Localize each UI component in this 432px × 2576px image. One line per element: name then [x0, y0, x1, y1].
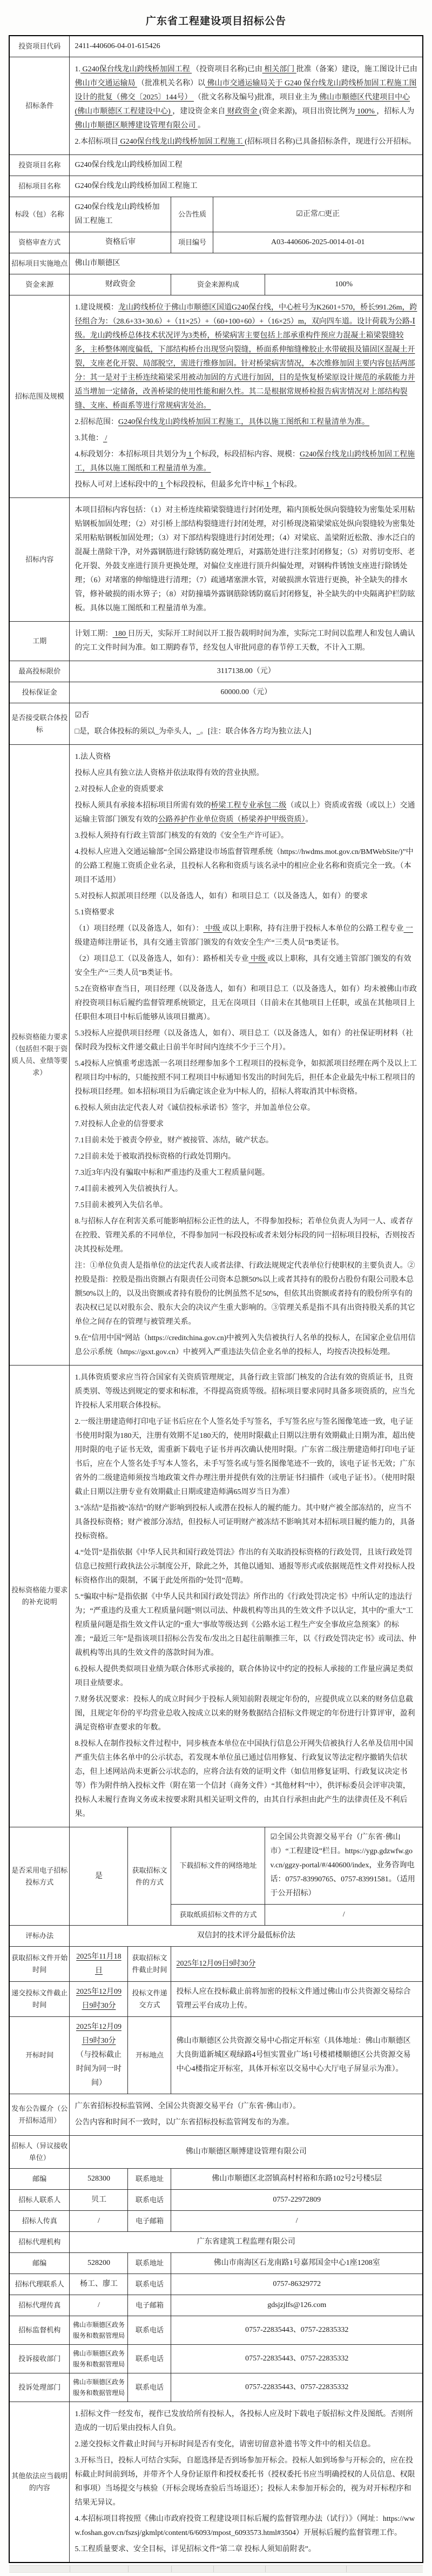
open-bid-place-label: 开标地点: [128, 2017, 171, 2094]
project-code-value: 2411-440606-04-01-615426: [70, 36, 423, 57]
document-page: 广东省工程建设项目招标公告 投资项目代码 2411-440606-04-01-6…: [0, 0, 432, 2576]
supervisor-label: 招标监督机构: [9, 2316, 70, 2345]
bid-conditions-value: 1. G240保台线龙山跨线桥加固工程 （投资项目名称)已由 相关部门 批准（备…: [70, 57, 423, 155]
project-number-value: A03-440606-2025-0014-01-01: [213, 232, 423, 253]
row-content: 招标内容 本项目招标内容包括：（1）对主桥连续箱梁裂缝进行封闭处理，箱内顶板处纵…: [9, 498, 423, 622]
agency-value: 广东省建筑工程监理有限公司: [70, 2232, 423, 2253]
download-address-label: 下载招标文件的网络地址: [171, 1827, 265, 1905]
row-open-bid: 开标时间 2025年12月09日9时30分（与投标截止时间为同一时间） 开标地点…: [9, 2017, 423, 2094]
location-value: 佛山市顺德区: [70, 253, 423, 274]
deposit-label: 投标保证金: [9, 682, 70, 703]
open-bid-date: 2025年12月09日9时30分: [76, 2023, 122, 2045]
deposit-value: 60000.00（元）: [70, 682, 423, 703]
tenderer-contact-value: 贝工: [70, 2190, 128, 2211]
qualification-notes-label: 投标资格能力要求的补充说明: [9, 1366, 70, 1827]
media-value: 广东省招标投标监管网、全国公共资源交易平台（广东省·佛山市）。公告内容和时间不一…: [70, 2094, 423, 2136]
submit-deadline-value: 2025年12月09日9时30分: [70, 1982, 128, 2017]
scan-artifact-strip: [9, 2565, 423, 2573]
qualification-requirements-value: 1.法人资格投标人应具有独立法人资格并依法取得有效的营业执照。2.对投标人企业的…: [70, 745, 423, 1366]
agency-address-value: 佛山市南海区石龙南路1号嘉邦国金中心1座1208室: [171, 2253, 423, 2274]
open-bid-note: （与投标截止时间为同一时间）: [75, 2048, 123, 2090]
tenderer-phone-value: 0757-22972809: [171, 2190, 423, 2211]
content-value: 本项目招标内容包括：（1）对主桥连续箱梁裂缝进行封闭处理，箱内顶板处纵向裂缝较为…: [70, 498, 423, 622]
row-section-name: 标段（包）名称 G240保台线龙山跨线桥加固工程施工 公告性质 ☑正常/□更正: [9, 197, 423, 232]
doc-end-label: 获取招标文件截止时间: [128, 1947, 171, 1982]
supervisor-value: 佛山市顺德区政务服务和数据管理局: [70, 2316, 128, 2345]
row-tenderer-fax: 招标人传真 / 电子邮箱 /: [9, 2211, 423, 2232]
complaint-handler-value: 佛山市顺德区政务服务和数据管理局: [70, 2373, 128, 2402]
open-bid-time-value: 2025年12月09日9时30分（与投标截止时间为同一时间）: [70, 2017, 128, 2094]
location-label: 招标项目实施地点: [9, 253, 70, 274]
tenderer-email-value: /: [171, 2211, 423, 2232]
tenderer-zip-value: 528300: [70, 2169, 128, 2190]
agency-zip-label: 邮编: [9, 2253, 70, 2274]
row-qualification-requirements: 投标资格能力要求（包括但不限于资质人员、业绩等要求） 1.法人资格投标人应具有独…: [9, 745, 423, 1366]
row-other: 其他依法应当载明的内容 1.招标文件一经发布，视作已发放给所有投标人，各投标人应…: [9, 2402, 423, 2563]
qualification-notes-value: 1.具体资质要求应当符合国家有关资质管理规定，具备行政主管部门核发的合法有效的资…: [70, 1366, 423, 1827]
page-title: 广东省工程建设项目招标公告: [0, 13, 432, 28]
complaint-handler-phone-label: 联系电话: [128, 2373, 171, 2402]
tenderer-email-label: 电子邮箱: [128, 2211, 171, 2232]
row-tender-name: 招标项目名称 G240保台线龙山跨线桥加固工程施工: [9, 176, 423, 197]
invest-name-label: 投资项目名称: [9, 155, 70, 176]
consortium-value: ☑否□是，联合体投标的须以_为牵头人，_。[注：联合体各方均为独立法人]: [70, 703, 423, 745]
notice-nature-value: ☑正常/□更正: [213, 197, 423, 232]
submit-method-label: 投标文件递交方式: [128, 1982, 171, 2017]
row-deposit: 投标保证金 60000.00（元）: [9, 682, 423, 703]
supervisor-phone-label: 联系电话: [128, 2316, 171, 2345]
section-name-label: 标段（包）名称: [9, 197, 70, 232]
agency-contact-label: 招标代理联系人: [9, 2274, 70, 2295]
tender-name-value: G240保台线龙山跨线桥加固工程施工: [70, 176, 423, 197]
submit-method-value: 投标人应在投标截止前将加密的投标文件通过佛山市公共资源交易综合管理云平台成功上传…: [171, 1982, 423, 2017]
row-complaint-receiver: 投诉接收部门 佛山市顺德区政务服务和数据管理局 联系电话 0757-228354…: [9, 2345, 423, 2373]
complaint-receiver-label: 投诉接收部门: [9, 2345, 70, 2373]
row-doc-time: 获取招标文件开始时间 2025年11月18日 获取招标文件截止时间 2025年1…: [9, 1947, 423, 1982]
row-qualification-notes: 投标资格能力要求的补充说明 1.具体资质要求应当符合国家有关资质管理规定，具备行…: [9, 1366, 423, 1827]
project-number-label: 项目编号: [171, 232, 213, 253]
download-address-value: ☑全国公共资源交易平台（广东省·佛山市）“工程建设”栏目。https://ygp…: [265, 1827, 423, 1905]
etender-label: 是否采用电子招标投标方式: [9, 1827, 70, 1926]
agency-phone-label: 联系电话: [128, 2274, 171, 2295]
funds-composition-label: 资金来源构成: [171, 274, 265, 295]
row-location: 招标项目实施地点 佛山市顺德区: [9, 253, 423, 274]
max-price-value: 3117138.00（元）: [70, 661, 423, 682]
row-agency-zip: 邮编 528200 联系地址 佛山市南海区石龙南路1号嘉邦国金中心1座1208室: [9, 2253, 423, 2274]
notice-nature-label: 公告性质: [171, 197, 213, 232]
tenderer-address-label: 联系地址: [128, 2169, 171, 2190]
row-scope: 招标范围及规模 1.建设规模：龙山跨线桥位于佛山市顺德区国道G240保台线，中心…: [9, 295, 423, 498]
row-funds: 资金来源 财政资金 资金来源构成 100%: [9, 274, 423, 295]
row-evaluation: 评标办法 双信封的技术评分最低标价法: [9, 1926, 423, 1947]
content-label: 招标内容: [9, 498, 70, 622]
row-consortium: 是否接受联合体投标 ☑否□是，联合体投标的须以_为牵头人，_。[注：联合体各方均…: [9, 703, 423, 745]
supervisor-phone-value: 0757-22835443、0757-22835332: [171, 2316, 423, 2345]
duration-label: 工期: [9, 622, 70, 661]
tenderer-fax-value: /: [70, 2211, 128, 2232]
paper-documents-value: /: [265, 1905, 423, 1926]
evaluation-label: 评标办法: [9, 1926, 70, 1947]
agency-contact-value: 杨工、廖工: [70, 2274, 128, 2295]
complaint-receiver-phone-label: 联系电话: [128, 2345, 171, 2373]
open-bid-place-value: 佛山市顺德区公共资源交易中心指定开标室（具体地址：佛山市顺德区大良街道新城区观绿…: [171, 2017, 423, 2094]
tenderer-contact-label: 招标人联系人: [9, 2190, 70, 2211]
tenderer-address-value: 佛山市顺德区北滘镇高村村裕和东路102号2号楼5层: [171, 2169, 423, 2190]
row-tenderer-contact: 招标人联系人 贝工 联系电话 0757-22972809: [9, 2190, 423, 2211]
complaint-receiver-value: 佛山市顺德区政务服务和数据管理局: [70, 2345, 128, 2373]
doc-end-value: 2025年12月09日9时30分: [171, 1947, 423, 1982]
tender-announcement-table: 投资项目代码 2411-440606-04-01-615426 招标条件 1. …: [9, 35, 423, 2563]
row-agency: 招标代理机构 广东省建筑工程监理有限公司: [9, 2232, 423, 2253]
agency-fax-value: /: [70, 2295, 128, 2316]
consortium-label: 是否接受联合体投标: [9, 703, 70, 745]
tenderer-value: 佛山市顺德区顺博建设管理有限公司: [70, 2136, 423, 2169]
submit-deadline-label: 递交投标文件截止时间: [9, 1982, 70, 2017]
qualification-method-label: 资格审查方式: [9, 232, 70, 253]
qualification-method-value: 资格后审: [70, 232, 171, 253]
funds-composition-value: 100%: [265, 274, 423, 295]
row-bid-conditions: 招标条件 1. G240保台线龙山跨线桥加固工程 （投资项目名称)已由 相关部门…: [9, 57, 423, 155]
row-duration: 工期 计划工期： 180 日历天，实际开工时间以开工报告载明时间为准，实际完工时…: [9, 622, 423, 661]
duration-value: 计划工期： 180 日历天，实际开工时间以开工报告载明时间为准，实际完工时间以监…: [70, 622, 423, 661]
bid-conditions-label: 招标条件: [9, 57, 70, 155]
row-complaint-handler: 投诉处理部门 佛山市顺德区政务服务和数据管理局 联系电话 0757-228354…: [9, 2373, 423, 2402]
complaint-receiver-phone-value: 0757-22835443、0757-22835332: [171, 2345, 423, 2373]
project-code-label: 投资项目代码: [9, 36, 70, 57]
row-qualification-method: 资格审查方式 资格后审 项目编号 A03-440606-2025-0014-01…: [9, 232, 423, 253]
open-bid-time-label: 开标时间: [9, 2017, 70, 2094]
etender-value: 是: [70, 1827, 128, 1926]
agency-zip-value: 528200: [70, 2253, 128, 2274]
agency-email-value: gdsjzjlfs@126.com: [171, 2295, 423, 2316]
row-supervisor: 招标监督机构 佛山市顺德区政务服务和数据管理局 联系电话 0757-228354…: [9, 2316, 423, 2345]
complaint-handler-label: 投诉处理部门: [9, 2373, 70, 2402]
agency-label: 招标代理机构: [9, 2232, 70, 2253]
tender-name-label: 招标项目名称: [9, 176, 70, 197]
funds-value: 财政资金: [70, 274, 171, 295]
row-media: 发布公告媒介（公开招标适用） 广东省招标投标监管网、全国公共资源交易平台（广东省…: [9, 2094, 423, 2136]
paper-documents-label: 获取纸质招标文件的方式: [171, 1905, 265, 1926]
evaluation-value: 双信封的技术评分最低标价法: [70, 1926, 423, 1947]
row-max-price: 最高投标限价 3117138.00（元）: [9, 661, 423, 682]
agency-fax-label: 招标代理传真: [9, 2295, 70, 2316]
funds-label: 资金来源: [9, 274, 70, 295]
agency-address-label: 联系地址: [128, 2253, 171, 2274]
row-etender: 是否采用电子招标投标方式 是 获取招标文件的方式 下载招标文件的网络地址 ☑全国…: [9, 1827, 423, 1905]
agency-phone-value: 0757-86329772: [171, 2274, 423, 2295]
doc-start-label: 获取招标文件开始时间: [9, 1947, 70, 1982]
doc-start-value: 2025年11月18日: [70, 1947, 128, 1982]
row-tenderer: 招标人（异议接收单位） 佛山市顺德区顺博建设管理有限公司: [9, 2136, 423, 2169]
get-documents-method-label: 获取招标文件的方式: [128, 1827, 171, 1926]
other-label: 其他依法应当载明的内容: [9, 2402, 70, 2563]
row-tenderer-zip: 邮编 528300 联系地址 佛山市顺德区北滘镇高村村裕和东路102号2号楼5层: [9, 2169, 423, 2190]
qualification-requirements-label: 投标资格能力要求（包括但不限于资质人员、业绩等要求）: [9, 745, 70, 1366]
media-label: 发布公告媒介（公开招标适用）: [9, 2094, 70, 2136]
tenderer-fax-label: 招标人传真: [9, 2211, 70, 2232]
row-project-code: 投资项目代码 2411-440606-04-01-615426: [9, 36, 423, 57]
row-invest-name: 投资项目名称 G240保台线龙山跨线桥加固工程: [9, 155, 423, 176]
tenderer-zip-label: 邮编: [9, 2169, 70, 2190]
tenderer-label: 招标人（异议接收单位）: [9, 2136, 70, 2169]
complaint-handler-phone-value: 0757-22835443、0757-22835332: [171, 2373, 423, 2402]
other-value: 1.招标文件一经发布，视作已发放给所有投标人，各投标人应及时下载电子版招标文件及…: [70, 2402, 423, 2563]
max-price-label: 最高投标限价: [9, 661, 70, 682]
row-agency-contact: 招标代理联系人 杨工、廖工 联系电话 0757-86329772: [9, 2274, 423, 2295]
row-submit-deadline: 递交投标文件截止时间 2025年12月09日9时30分 投标文件递交方式 投标人…: [9, 1982, 423, 2017]
tenderer-phone-label: 联系电话: [128, 2190, 171, 2211]
row-agency-fax: 招标代理传真 / 电子邮箱 gdsjzjlfs@126.com: [9, 2295, 423, 2316]
agency-email-label: 电子邮箱: [128, 2295, 171, 2316]
section-name-value: G240保台线龙山跨线桥加固工程施工: [70, 197, 171, 232]
scope-value: 1.建设规模：龙山跨线桥位于佛山市顺德区国道G240保台线，中心桩号为K2601…: [70, 295, 423, 498]
scope-label: 招标范围及规模: [9, 295, 70, 498]
invest-name-value: G240保台线龙山跨线桥加固工程: [70, 155, 423, 176]
